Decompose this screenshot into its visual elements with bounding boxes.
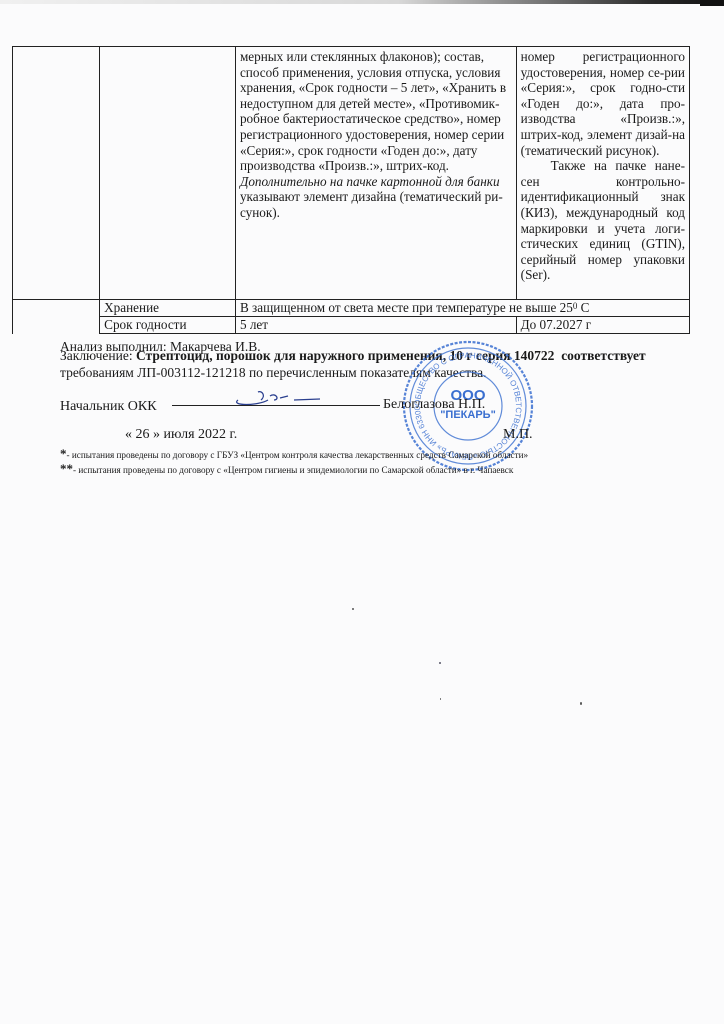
- footnote-1: *- испытания проведены по договору с ГБУ…: [60, 446, 528, 462]
- labeling-line: производства «Произв.:», штрих-код.: [240, 158, 512, 174]
- labeling-description-cell: мерных или стеклянных флаконов); состав,…: [235, 47, 516, 300]
- signature-role: Начальник ОКК: [60, 399, 157, 415]
- signature-icon: [228, 388, 328, 410]
- degree-sup: 0: [573, 301, 578, 311]
- seal-place: М.П.: [503, 427, 533, 443]
- storage-value: В защищенном от света месте при температ…: [235, 300, 689, 317]
- table-row-storage: Хранение В защищенном от света месте при…: [13, 300, 690, 317]
- labeling-line: недоступном для детей месте», «Противоми…: [240, 96, 512, 112]
- footnote-2: **- испытания проведены по договору с «Ц…: [60, 461, 513, 477]
- result-cell: номер регистрационного удостоверения, но…: [516, 47, 689, 300]
- storage-label: Хранение: [100, 300, 236, 317]
- shelf-life-label: Срок годности: [100, 317, 236, 334]
- table-cell-empty: [100, 47, 236, 300]
- labeling-note-tail: указывают элемент дизайна (тематический …: [240, 189, 512, 220]
- table-cell-empty: [13, 300, 100, 317]
- labeling-line: робное бактериостатическое средство», но…: [240, 111, 512, 127]
- conclusion-verdict: соответствует: [561, 348, 645, 363]
- specification-table: мерных или стеклянных флаконов); состав,…: [12, 46, 690, 334]
- signature-line: [172, 405, 380, 406]
- result-text: номер регистрационного удостоверения, но…: [521, 49, 685, 158]
- labeling-line: способ применения, условия отпуска, усло…: [240, 65, 512, 81]
- labeling-line: регистрационного удостоверения, номер се…: [240, 127, 512, 143]
- table-row-shelf-life: Срок годности 5 лет До 07.2027 г: [13, 317, 690, 334]
- document-date: « 26 » июля 2022 г.: [125, 427, 237, 443]
- result-text-kiz: Также на пачке нане-сен контрольно-идент…: [521, 158, 685, 283]
- scan-speck: [439, 662, 441, 664]
- conclusion-label: Заключение:: [60, 348, 136, 363]
- scan-speck: [580, 702, 582, 705]
- scan-edge: [0, 0, 724, 4]
- labeling-note-italic: Дополнительно на пачке картонной для бан…: [240, 174, 512, 190]
- labeling-line: «Серия:», срок годности «Годен до:», дат…: [240, 143, 512, 159]
- table-cell-empty: [13, 317, 100, 334]
- scan-speck: [352, 608, 354, 610]
- footnote-text: - испытания проведены по договору с ГБУЗ…: [67, 450, 529, 460]
- labeling-line: мерных или стеклянных флаконов); состав,: [240, 49, 512, 65]
- storage-value-text: В защищенном от света месте при температ…: [240, 300, 573, 315]
- shelf-life-date: До 07.2027 г: [516, 317, 689, 334]
- conclusion-line: Заключение: Стрептоцид, порошок для нару…: [60, 348, 646, 364]
- footnote-mark: **: [60, 461, 73, 476]
- labeling-line: хранения, «Срок годности – 5 лет», «Хран…: [240, 80, 512, 96]
- signer-name: Белоглазова Н.П.: [383, 397, 485, 413]
- footnote-text: - испытания проведены по договору с «Цен…: [73, 465, 513, 475]
- table-row: мерных или стеклянных флаконов); состав,…: [13, 47, 690, 300]
- table-cell-empty: [13, 47, 100, 300]
- scan-speck: [440, 698, 441, 700]
- temp-unit: С: [577, 300, 589, 315]
- shelf-life-value: 5 лет: [235, 317, 516, 334]
- scan-corner: [700, 0, 724, 6]
